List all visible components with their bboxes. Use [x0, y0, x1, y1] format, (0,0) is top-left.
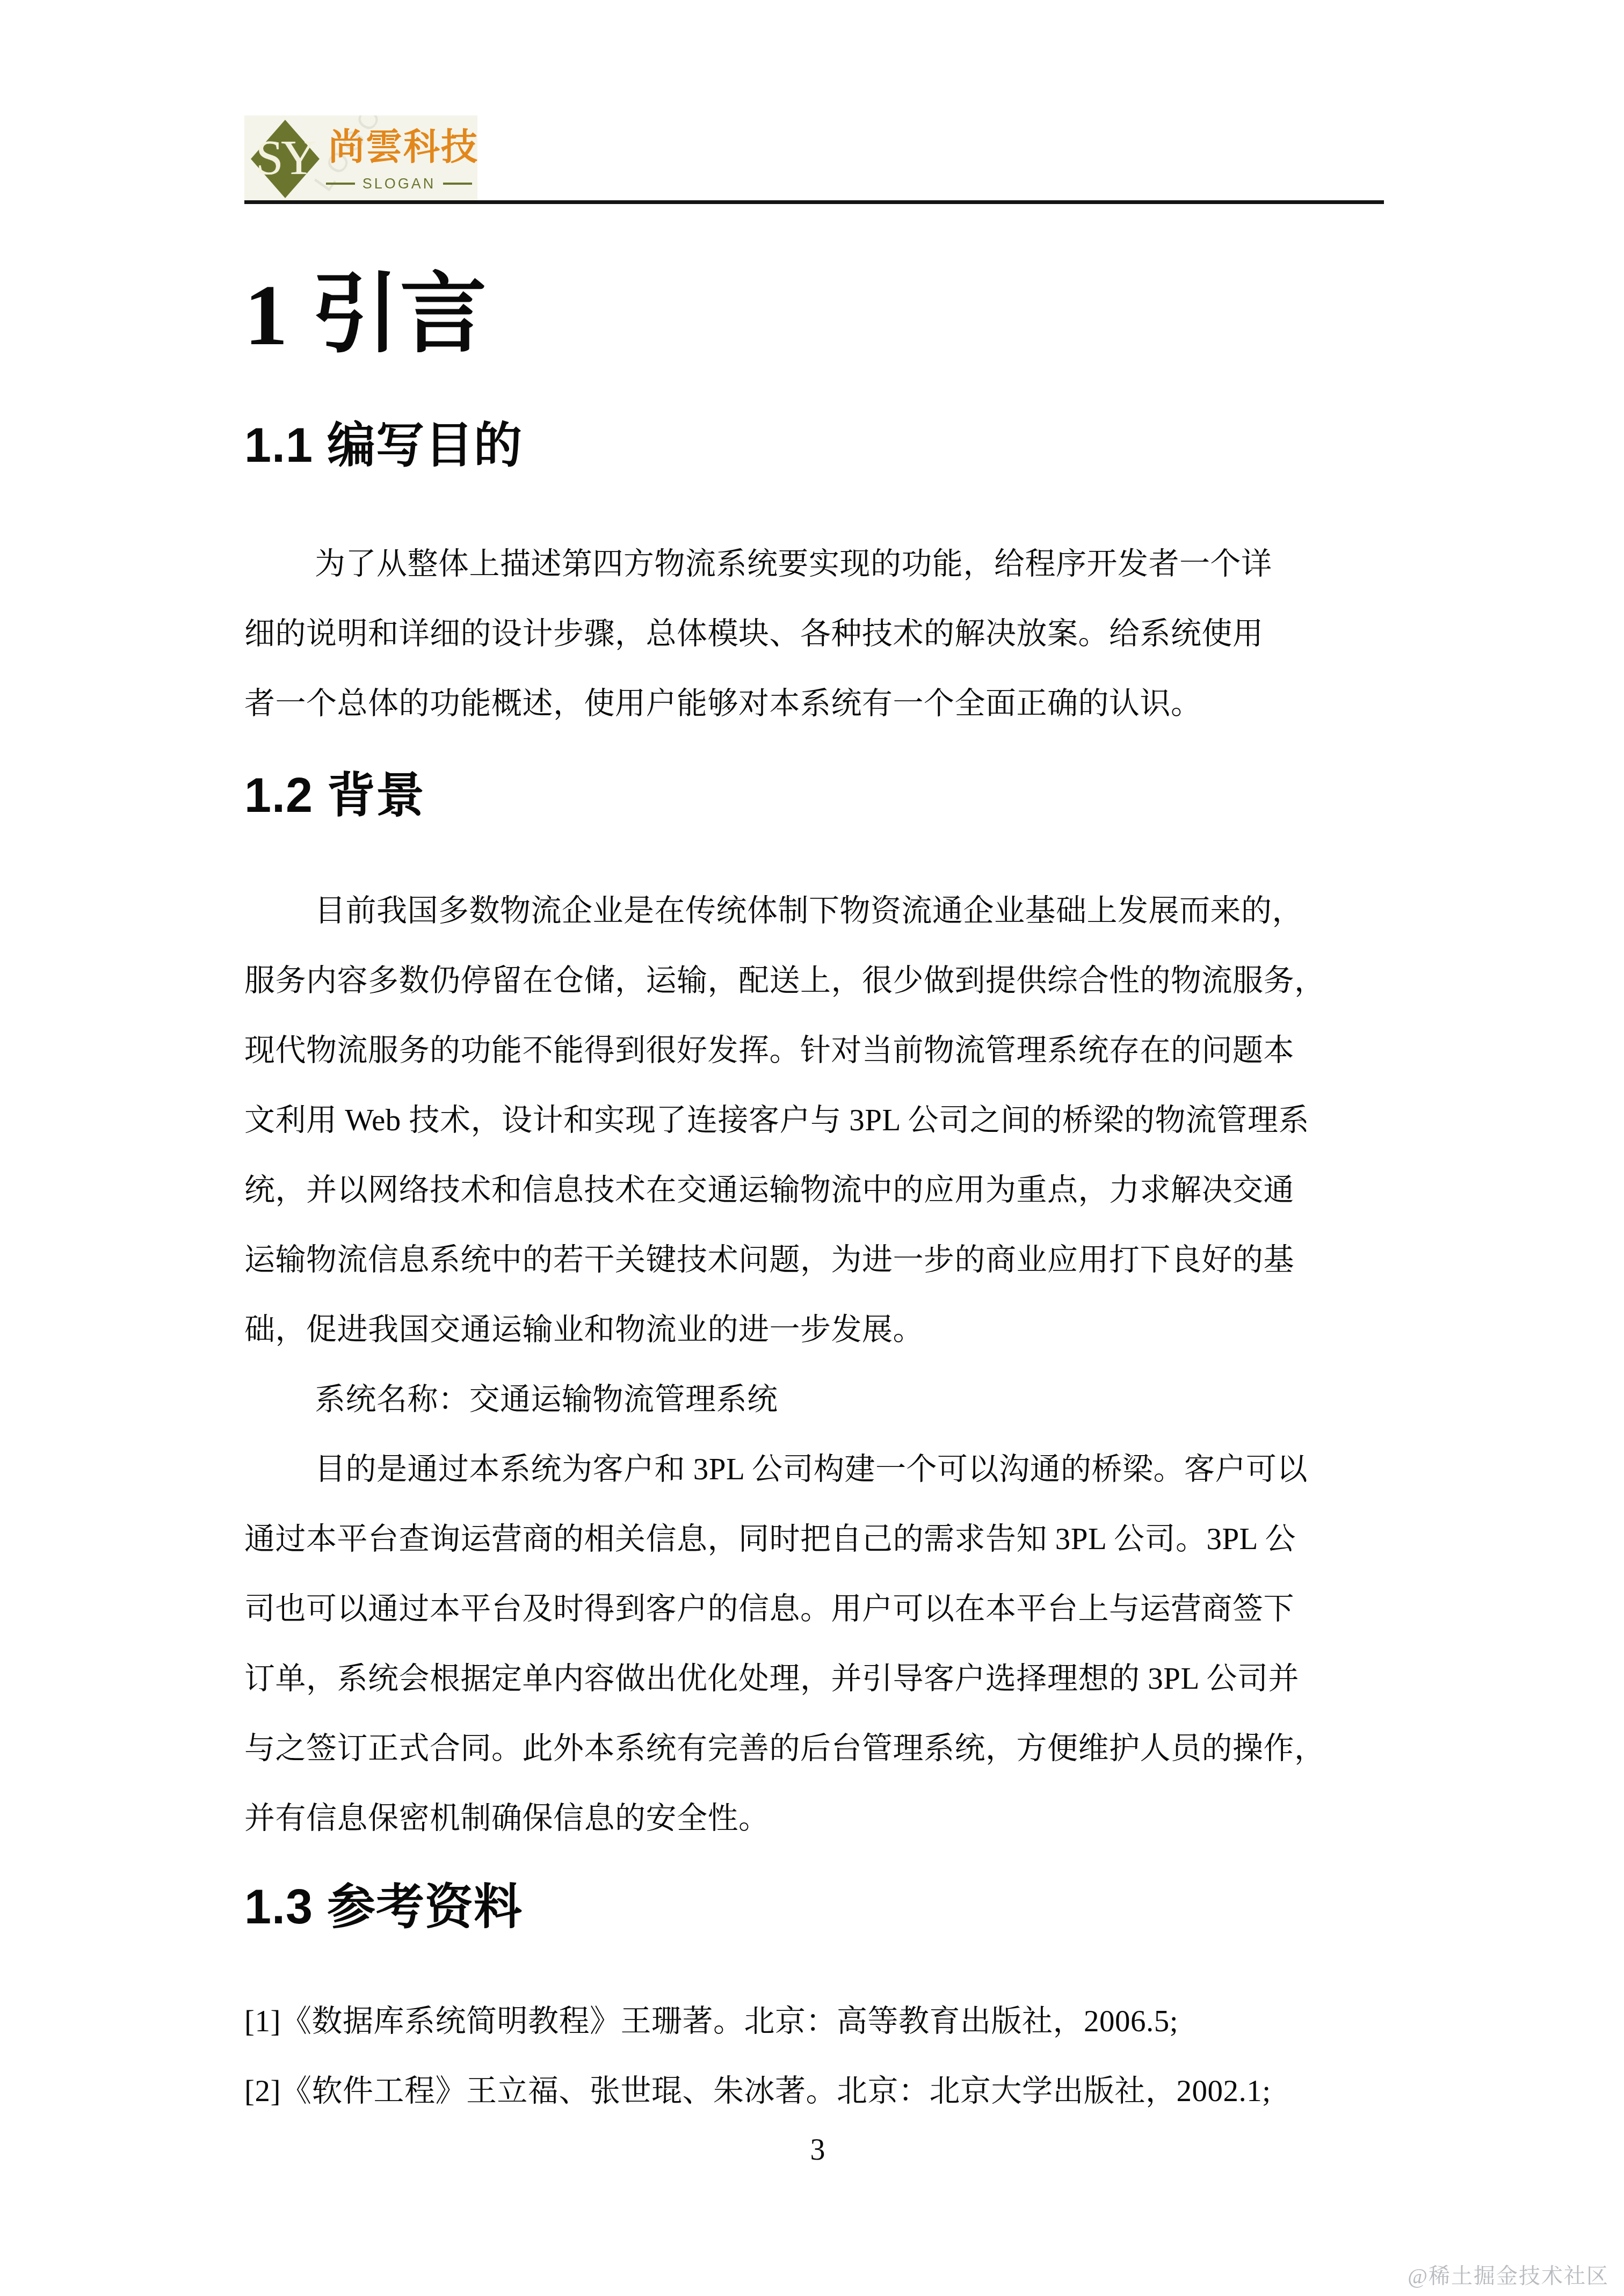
company-logo: LOGO SY 尚雲科技 SLOGAN [244, 115, 477, 200]
logo-company-name: 尚雲科技 [328, 127, 477, 167]
paragraph-background: 目前我国多数物流企业是在传统体制下物资流通企业基础上发展而来的，服务内容多数仍停… [244, 876, 1391, 1365]
text-line: 者一个总体的功能概述，使用户能够对本系统有一个全面正确的认识。 [244, 669, 1391, 739]
slogan-dash-right [443, 183, 472, 185]
text-line: 目前我国多数物流企业是在传统体制下物资流通企业基础上发展而来的， [244, 876, 1391, 946]
reference-item-1: [1]《数据库系统简明教程》王珊著。北京：高等教育出版社，2006.5; [244, 1987, 1391, 2057]
logo-monogram: SY [251, 128, 320, 186]
paragraph-system-goal: 目的是通过本系统为客户和 3PL 公司构建一个可以沟通的桥梁。客户可以通过本平台… [244, 1435, 1391, 1854]
text-line: 服务内容多数仍停留在仓储，运输，配送上，很少做到提供综合性的物流服务， [244, 946, 1391, 1016]
text-line: 为了从整体上描述第四方物流系统要实现的功能，给程序开发者一个详 [244, 529, 1391, 599]
reference-item-2: [2]《软件工程》王立福、张世琨、朱冰著。北京：北京大学出版社，2002.1; [244, 2057, 1391, 2126]
text-line: 细的说明和详细的设计步骤，总体模块、各种技术的解决放案。给系统使用 [244, 599, 1391, 669]
section-heading-1-2: 1.2 背景 [244, 766, 1391, 826]
text-line: 与之签订正式合同。此外本系统有完善的后台管理系统，方便维护人员的操作， [244, 1714, 1391, 1784]
document-title: 1 引言 [244, 262, 1391, 369]
section-heading-1-3: 1.3 参考资料 [244, 1877, 1391, 1937]
text-line: 运输物流信息系统中的若干关键技术问题，为进一步的商业应用打下良好的基 [244, 1225, 1391, 1295]
slogan-dash-left [326, 183, 355, 185]
text-line: 文利用 Web 技术，设计和实现了连接客户与 3PL 公司之间的桥梁的物流管理系 [244, 1086, 1391, 1156]
text-line: 现代物流服务的功能不能得到很好发挥。针对当前物流管理系统存在的问题本 [244, 1016, 1391, 1086]
text-line: 并有信息保密机制确保信息的安全性。 [244, 1784, 1391, 1854]
text-line: 订单，系统会根据定单内容做出优化处理，并引导客户选择理想的 3PL 公司并 [244, 1644, 1391, 1714]
page-header: LOGO SY 尚雲科技 SLOGAN [244, 115, 1384, 204]
text-line: 通过本平台查询运营商的相关信息，同时把自己的需求告知 3PL 公司。3PL 公 [244, 1505, 1391, 1574]
paragraph-system-name: 系统名称：交通运输物流管理系统 [244, 1365, 1391, 1435]
logo-diamond-icon: SY [251, 120, 320, 198]
logo-slogan-row: SLOGAN [326, 176, 472, 192]
document-page: LOGO SY 尚雲科技 SLOGAN 1 引言 1.1 编写目的 为了从整体上… [0, 0, 1624, 2296]
text-line: 系统名称：交通运输物流管理系统 [244, 1365, 1391, 1435]
text-line: [2]《软件工程》王立福、张世琨、朱冰著。北京：北京大学出版社，2002.1; [244, 2057, 1391, 2126]
page-number: 3 [244, 2131, 1391, 2169]
text-line: [1]《数据库系统简明教程》王珊著。北京：高等教育出版社，2006.5; [244, 1987, 1391, 2057]
text-line: 司也可以通过本平台及时得到客户的信息。用户可以在本平台上与运营商签下 [244, 1574, 1391, 1644]
text-line: 础，促进我国交通运输业和物流业的进一步发展。 [244, 1295, 1391, 1365]
logo-slogan-text: SLOGAN [363, 176, 436, 192]
paragraph-purpose: 为了从整体上描述第四方物流系统要实现的功能，给程序开发者一个详细的说明和详细的设… [244, 529, 1391, 739]
document-body: 1 引言 1.1 编写目的 为了从整体上描述第四方物流系统要实现的功能，给程序开… [244, 262, 1391, 2169]
section-heading-1-1: 1.1 编写目的 [244, 416, 1391, 476]
text-line: 统，并以网络技术和信息技术在交通运输物流中的应用为重点，力求解决交通 [244, 1156, 1391, 1225]
site-watermark: @稀土掘金技术社区 [1408, 2259, 1609, 2290]
text-line: 目的是通过本系统为客户和 3PL 公司构建一个可以沟通的桥梁。客户可以 [244, 1435, 1391, 1505]
